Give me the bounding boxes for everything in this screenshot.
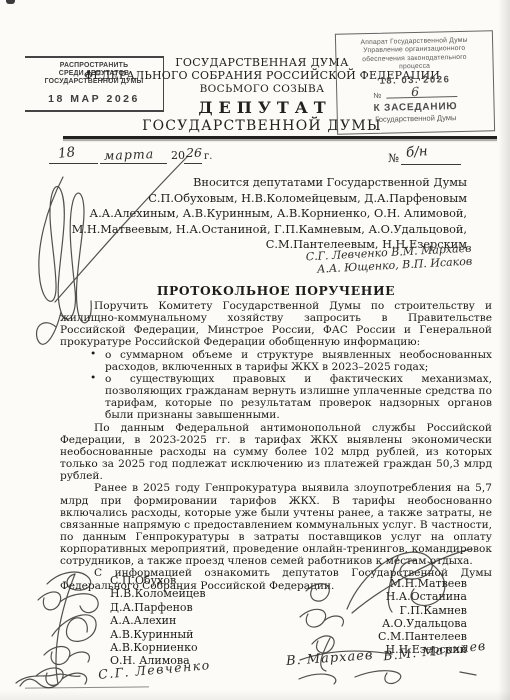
signer-name: Н.В.Коломейцев xyxy=(110,587,206,600)
handwritten-signer-name: В. Мархаев xyxy=(286,648,374,669)
handwritten-day: 18 xyxy=(57,144,76,162)
scan-edge-shadow xyxy=(0,690,510,700)
body-paragraph: По данным Федеральной антимонопольной сл… xyxy=(60,422,492,483)
left-column-signature xyxy=(36,668,87,685)
handwritten-month: марта xyxy=(104,146,155,163)
signers-left-column: С.П.Обухов Н.В.Коломейцев Д.А.Парфенов А… xyxy=(110,574,206,668)
date-underline xyxy=(100,163,167,164)
doc-number-underline xyxy=(401,164,461,165)
signer-name: М.Н.Матвеев xyxy=(378,577,467,590)
signer-name: С.П.Обухов xyxy=(110,574,206,587)
bottom-right-scribble xyxy=(299,671,476,684)
stamp-number-row: № 6 xyxy=(373,86,457,101)
registration-stamp: Аппарат Государственной Думы Управление … xyxy=(335,30,495,135)
date-underline xyxy=(184,163,202,164)
large-left-signature-tail xyxy=(37,312,61,344)
bullet-list: о суммарном объеме и структуре выявленны… xyxy=(60,349,492,422)
signer-name: А.В.Корниенко xyxy=(110,641,206,654)
scanned-document-page: РАСПРОСТРАНИТЬ СРЕДИ ДЕПУТАТОВ ГОСУДАРСТ… xyxy=(0,0,510,700)
signer-name: А.В.Куринный xyxy=(110,628,206,641)
handwritten-doc-number: б/н xyxy=(405,143,428,161)
submitted-by-block: Вносится депутатами Государственной Думы… xyxy=(57,175,467,253)
document-body: Поручить Комитету Государственной Думы п… xyxy=(60,300,492,592)
document-title: ПРОТОКОЛЬНОЕ ПОРУЧЕНИЕ xyxy=(60,283,492,298)
submitted-by-line: А.А.Алехиным, А.В.Куринным, А.В.Корниенк… xyxy=(57,206,467,222)
scan-fold-line xyxy=(25,686,149,688)
left-column-signature xyxy=(38,592,98,613)
number-sign: № xyxy=(373,91,381,100)
doc-number-sign: № xyxy=(388,151,399,165)
left-column-signature xyxy=(44,647,89,665)
date-underline xyxy=(49,163,98,164)
bullet-item: о существующих правовых и фактических ме… xyxy=(105,373,492,422)
year-prefix: 20 xyxy=(171,149,185,162)
submitted-by-line: С.П.Обуховым, Н.В.Коломейцевым, Д.А.Парф… xyxy=(57,191,467,207)
signer-name: Д.А.Парфенов xyxy=(110,601,206,614)
signer-name: А.О.Удальцова xyxy=(378,617,467,630)
submitted-by-line: М.Н.Матвеевым, Н.А.Останиной, Г.П.Камнев… xyxy=(57,222,467,238)
year-unit: г. xyxy=(204,151,212,162)
bottom-left-scribble xyxy=(16,674,80,688)
handwritten-year: 26 xyxy=(186,145,202,160)
handwritten-number: 6 xyxy=(411,84,419,99)
signer-name: А.А.Алехин xyxy=(110,614,206,627)
signer-name: Н.А.Останина xyxy=(378,590,467,603)
right-column-signature xyxy=(300,609,343,627)
bullet-item: о суммарном объеме и структуре выявленны… xyxy=(105,349,492,373)
letterhead-rule xyxy=(63,136,497,139)
submitted-by-line: Вносится депутатами Государственной Думы xyxy=(57,175,467,191)
signer-name: Г.П.Камнев xyxy=(378,604,467,617)
scan-edge-shadow xyxy=(498,0,510,700)
left-column-signature xyxy=(52,615,96,642)
body-paragraph: Поручить Комитету Государственной Думы п… xyxy=(60,300,492,349)
number-underline xyxy=(386,96,457,99)
body-paragraph: Ранее в 2025 году Генпрокуратура выявила… xyxy=(60,482,492,567)
scan-artifact xyxy=(6,0,15,4)
